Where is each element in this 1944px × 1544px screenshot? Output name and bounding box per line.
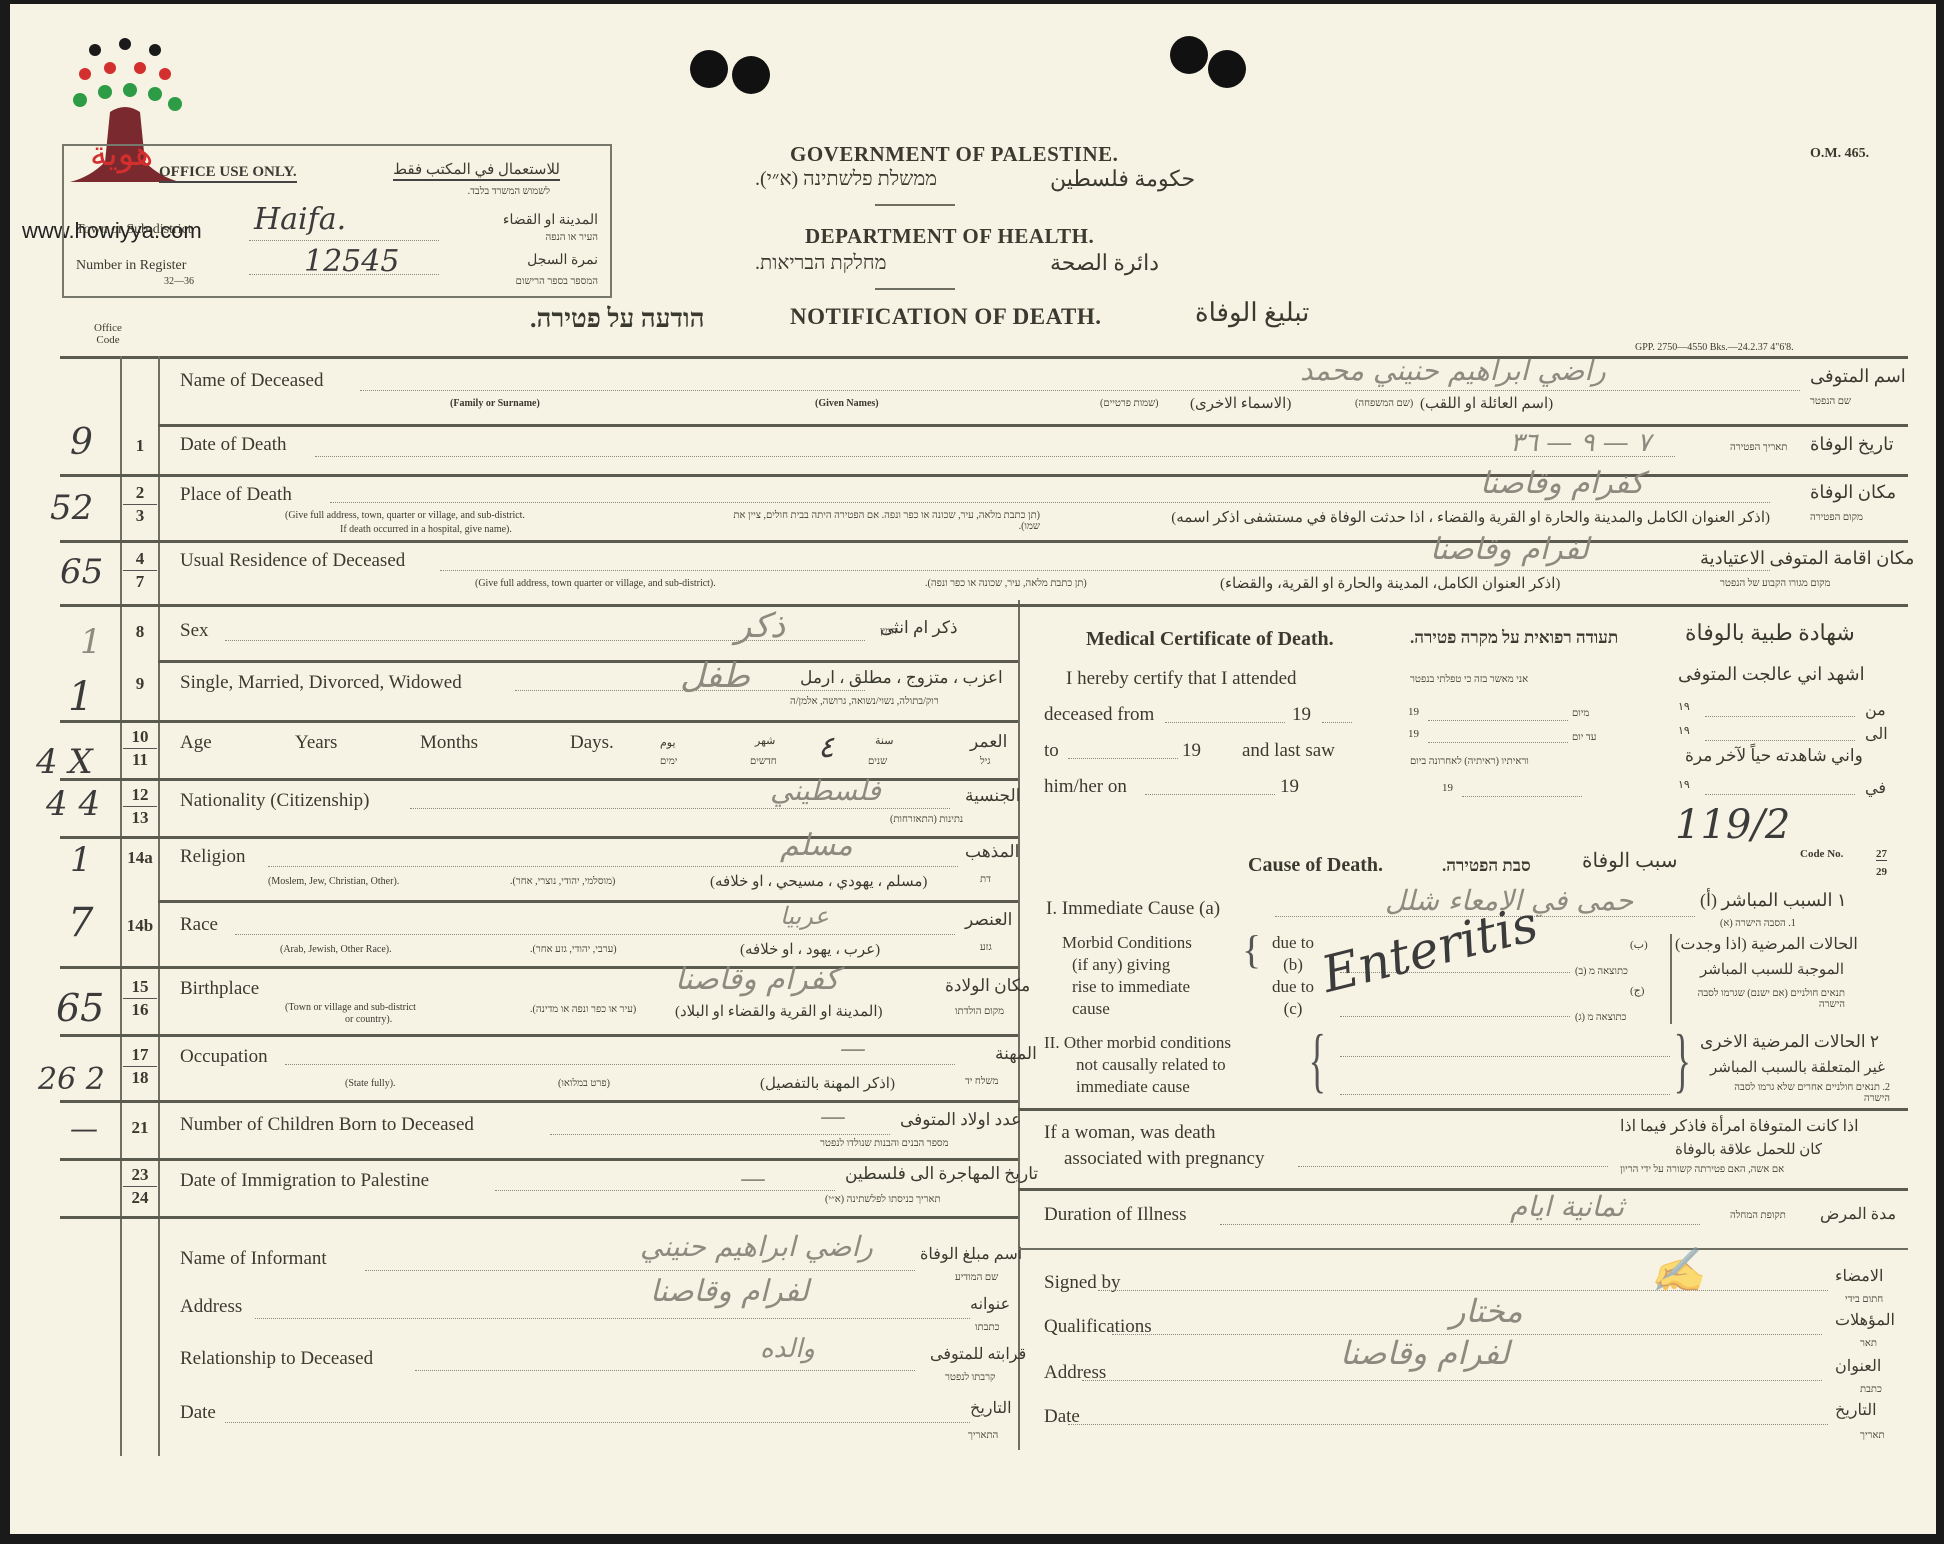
document-title-he: הודעה על פטירה. (530, 304, 705, 334)
place-of-death-ar: مكان الوفاة (1810, 482, 1896, 503)
brace: } (1674, 1024, 1691, 1096)
margin-code: 4 4 (46, 784, 100, 824)
informant-name-label: Name of Informant (180, 1248, 327, 1270)
place-of-death-hint2: If death occurred in a hospital, give na… (340, 524, 512, 535)
usual-residence-value[interactable]: لفرام وقاصنا (1430, 532, 1589, 567)
children-count-label: Number of Children Born to Deceased (180, 1114, 474, 1136)
stamp-number: 119/2 (1675, 802, 1790, 848)
pregnancy-label2: associated with pregnancy (1064, 1148, 1264, 1170)
medical-certificate-title: Medical Certificate of Death. (1086, 628, 1334, 651)
year-prefix-ar: ١٩ (1678, 778, 1690, 791)
nationality-he: נתינות (התאזרחות) (890, 814, 963, 825)
form-number: O.M. 465. (1810, 146, 1869, 162)
office-use-title: OFFICE USE ONLY. (159, 164, 297, 183)
birthplace-hint: (Town or village and sub-district (285, 1002, 416, 1013)
pregnancy-label: If a woman, was death (1044, 1122, 1215, 1144)
margin-code: 1 (80, 622, 102, 662)
signer-address-he: כתבת (1860, 1384, 1882, 1395)
year-prefix-ar: ١٩ (1678, 724, 1690, 737)
nationality-value[interactable]: فلسطيني (770, 774, 881, 807)
due-to-b: due to (b) due to (c) (1272, 932, 1314, 1020)
pregnancy-he: אם אשה, האם פטירתה קשורה על ידי הריון (1620, 1164, 1784, 1175)
marital-status-he: רוק/בתולה, נשוי/נשואה, גרושה, אלמן/ה (790, 696, 939, 707)
name-label-ar: اسم المتوفى (1810, 366, 1906, 387)
place-of-death-label: Place of Death (180, 484, 292, 506)
religion-label: Religion (180, 846, 245, 868)
last-saw-label: and last saw (1242, 740, 1335, 762)
register-sub: 32—36 (164, 276, 194, 287)
year-prefix-he: 19 (1408, 728, 1419, 740)
children-count-ar: عدد اولاد المتوفى (900, 1110, 1021, 1130)
year-prefix-he: 19 (1408, 706, 1419, 718)
age-label-he: גיל (980, 756, 991, 767)
informant-name-ar: اسم مبلغ الوفاة (920, 1244, 1022, 1264)
informant-address-ar: عنوانه (970, 1294, 1010, 1314)
relationship-label: Relationship to Deceased (180, 1348, 373, 1370)
religion-hint-he: (מוסלמי, יהודי, נוצרי, אחר). (510, 876, 615, 887)
relationship-value[interactable]: والده (760, 1334, 815, 1364)
morbid-line: (if any) giving (1062, 954, 1192, 976)
informant-address-value[interactable]: لفرام وقاصنا (650, 1274, 809, 1309)
year-prefix: 19 (1280, 776, 1299, 798)
occupation-hint-he: (פרט במלואו) (558, 1078, 610, 1089)
usual-residence-hint: (Give full address, town quarter or vill… (475, 578, 716, 589)
religion-ar: المذهب (965, 842, 1019, 862)
row-number: 47 (123, 548, 157, 593)
certify-text-ar: اشهد اني عالجت المتوفى (1678, 664, 1865, 685)
document-title-ar: تبليغ الوفاة (1195, 298, 1309, 328)
other-morbid-ar2: غير المتعلقة بالسبب المباشر (1710, 1058, 1885, 1077)
date-of-death-label: Date of Death (180, 434, 287, 456)
age-day-he: ימים (660, 756, 677, 767)
immediate-cause-ar: ١ السبب المباشر (أ) (1700, 890, 1847, 911)
place-of-death-value[interactable]: كفرام وقاصنا (1480, 466, 1644, 501)
morbid-line: Morbid Conditions (1062, 932, 1192, 954)
informant-name-value[interactable]: راضي ابراهيم حنيني (640, 1230, 873, 1263)
morbid-line: rise to immediate (1062, 976, 1192, 998)
margin-code: 65 (56, 986, 104, 1030)
town-value[interactable]: Haifa. (254, 202, 346, 237)
race-hint: (Arab, Jewish, Other Race). (280, 944, 392, 955)
register-label: Number in Register (76, 258, 186, 274)
signer-date-ar: التاريخ (1835, 1400, 1877, 1420)
margin-code: 1 (68, 674, 93, 720)
from-he: מיום (1572, 708, 1589, 719)
age-years-label: Years (295, 732, 337, 754)
informant-name-he: שם המודיע (955, 1272, 998, 1283)
age-months-value[interactable]: ٤ (818, 730, 834, 765)
certify-text: I hereby certify that I attended (1066, 668, 1297, 690)
immigration-date-ar: تاريخ المهاجرة الى فلسطين (845, 1164, 1038, 1184)
due-to-letter: (c) (1272, 998, 1314, 1020)
age-year-ar: سنة (875, 734, 893, 747)
year-prefix: 19 (1182, 740, 1201, 762)
marital-status-label: Single, Married, Divorced, Widowed (180, 672, 462, 694)
age-label: Age (180, 732, 212, 754)
last-seen-on-label: him/her on (1044, 776, 1127, 798)
row-number: 14a (123, 848, 157, 868)
children-count-value[interactable]: — (820, 1102, 846, 1132)
illness-duration-value[interactable]: ثمانية ايام (1510, 1190, 1624, 1223)
sex-label: Sex (180, 620, 209, 642)
signer-address-ar: العنوان (1835, 1356, 1881, 1376)
name-of-deceased-label: Name of Deceased (180, 370, 323, 392)
c-he: כתוצאה מ (ג) (1575, 1012, 1626, 1023)
punch-hole (1208, 50, 1246, 88)
row-number: 1011 (123, 726, 157, 771)
margin-code: — (70, 1112, 98, 1145)
name-label-he: שם הנפטר (1810, 396, 1851, 407)
row-number: 14b (123, 916, 157, 936)
race-ar: العنصر (965, 910, 1012, 930)
given-hint-he: (שמות פרטיים) (1100, 398, 1159, 409)
from-ar: من (1865, 700, 1886, 720)
informant-address-label: Address (180, 1296, 242, 1318)
margin-code: 9 (70, 422, 93, 463)
due-to-text: due to (1272, 976, 1314, 998)
on-ar: في (1865, 778, 1886, 798)
saw-he: וראיתיו (ראיתיה) לאחרונה ביום (1410, 756, 1529, 767)
deceased-name-value[interactable]: راضي ابراهيم حنيني محمد (1300, 354, 1606, 387)
age-months-label: Months (420, 732, 478, 754)
row-number: 9 (123, 674, 157, 694)
informant-date-ar: التاريخ (970, 1398, 1012, 1418)
children-count-he: מספר הבנים והבנות שנולדו לנפטר (820, 1138, 949, 1149)
nationality-label: Nationality (Citizenship) (180, 790, 369, 812)
birthplace-ar: مكان الولادة (945, 976, 1030, 996)
nationality-ar: الجنسية (965, 786, 1020, 806)
date-of-death-ar: تاريخ الوفاة (1810, 434, 1894, 455)
attended-to-label: to (1044, 740, 1059, 762)
usual-residence-he: מקום מגורו הקבוע של הנפטר (1720, 578, 1830, 589)
age-month-ar: شهر (755, 734, 775, 747)
row-number: 1516 (123, 976, 157, 1021)
department-title-he: מחלקת הבריאות. (755, 252, 886, 275)
row-number: 2324 (123, 1164, 157, 1209)
religion-value[interactable]: مسلم (780, 828, 853, 863)
religion-hint-ar: (مسلم ، يهودي ، مسيحي ، او خلافه) (710, 872, 927, 891)
informant-date-label: Date (180, 1402, 216, 1424)
race-value[interactable]: عربيا (780, 902, 829, 930)
age-days-label: Days. (570, 732, 614, 754)
other-morbid-label: II. Other morbid conditions not causally… (1044, 1032, 1231, 1098)
surname-hint: (Family or Surname) (450, 398, 540, 409)
office-use-box: OFFICE USE ONLY. للاستعمال في المكتب فقط… (62, 144, 612, 298)
row-number: 1 (123, 436, 157, 456)
race-hint-ar: (عرب ، يهود ، او خلافه) (740, 940, 880, 959)
saw-ar: واني شاهدته حياً لآخر مرة (1685, 746, 1863, 766)
age-month-he: חדשים (750, 756, 777, 767)
office-use-title-he: לשמוש המשרד בלבד. (468, 186, 550, 197)
immediate-cause-label: I. Immediate Cause (a) (1046, 898, 1220, 920)
religion-he: דת (980, 874, 991, 885)
register-label-he: המספר בספר הרישום (516, 276, 598, 287)
cause-of-death-title: Cause of Death. (1248, 854, 1383, 877)
pregnancy-ar2: كان للحمل علاقة بالوفاة (1675, 1140, 1822, 1159)
b-ar: (ب) (1630, 938, 1648, 951)
to-ar: الى (1865, 724, 1888, 744)
punch-hole (690, 50, 728, 88)
surname-hint-ar: (اسم العائلة او اللقب) (1420, 394, 1553, 413)
certify-text-he: אני מאשר בזה כי טפלתי בנפטר (1410, 674, 1528, 685)
signed-by-he: חתום בידי (1845, 1294, 1883, 1305)
qualifications-value[interactable]: مختار (1450, 1292, 1523, 1330)
row-number: 1718 (123, 1044, 157, 1089)
sex-value[interactable]: ذكر (735, 606, 785, 646)
usual-residence-ar: مكان اقامة المتوفى الاعتيادية (1700, 548, 1914, 569)
medical-certificate-title-ar: شهادة طبية بالوفاة (1685, 620, 1855, 646)
race-label: Race (180, 914, 218, 936)
town-label-he: העיר או הנפה (546, 232, 599, 243)
other-line: immediate cause (1044, 1076, 1231, 1098)
birthplace-hint-he: (עיר או כפר ונפה או מדינה). (530, 1004, 636, 1015)
medical-certificate-title-he: תעודה רפואית על מקרה פטירה. (1410, 628, 1618, 648)
punch-hole (1170, 36, 1208, 74)
age-year-he: שנים (868, 756, 887, 767)
illness-duration-he: תקופת המחלה (1730, 1210, 1786, 1221)
row-number: 8 (123, 622, 157, 642)
other-morbid-ar: ٢ الحالات المرضية الاخرى (1700, 1032, 1879, 1052)
signer-date-he: תאריך (1860, 1430, 1885, 1441)
c-ar: (ج) (1630, 984, 1644, 997)
race-he: גזע (980, 942, 992, 953)
place-of-death-hint-ar: (اذكر العنوان الكامل والمدينة والحارة او… (1050, 508, 1770, 527)
age-day-ar: يوم (660, 736, 676, 749)
office-code-label: Office Code (88, 322, 128, 346)
register-label-ar: نمرة السجل (527, 252, 598, 269)
department-title: DEPARTMENT OF HEALTH. (805, 224, 1094, 249)
marital-status-value[interactable]: طفل (680, 656, 750, 696)
signature-scribble-icon[interactable]: ✍ (1650, 1244, 1705, 1296)
document-title: NOTIFICATION OF DEATH. (790, 304, 1102, 330)
relationship-ar: قرابته للمتوفى (930, 1344, 1026, 1364)
margin-code: 4 X (36, 742, 93, 782)
code-number-bottom: 29 (1876, 866, 1887, 878)
given-hint-ar: (الاسماء الاخرى) (1190, 394, 1291, 413)
signed-by-ar: الامضاء (1835, 1266, 1883, 1286)
date-of-death-he: תאריך הפטירה (1730, 442, 1787, 453)
year-prefix-he: 19 (1442, 782, 1453, 794)
qualifications-he: תאר (1860, 1338, 1877, 1349)
other-morbid-he: 2. תנאים חולניים אחרים שלא גרמו לסבה היש… (1710, 1082, 1890, 1104)
office-use-title-ar: للاستعمال في المكتب فقط (393, 160, 560, 181)
pregnancy-ar: اذا كانت المتوفاة امرأة فاذكر فيما اذا (1620, 1116, 1859, 1136)
margin-code: 1 (70, 840, 92, 880)
morbid-he: תנאים חולניים (אם ישנם) שגרמו לסבה הישרה (1675, 988, 1845, 1010)
other-line: II. Other morbid conditions (1044, 1032, 1231, 1054)
occupation-he: משלח יד (965, 1076, 999, 1087)
town-label: Town or Sub-district (76, 222, 192, 238)
birthplace-label: Birthplace (180, 978, 259, 1000)
code-number-label: Code No. (1800, 848, 1843, 860)
signer-address-value[interactable]: لفرام وقاصنا (1340, 1334, 1510, 1372)
occupation-hint-ar: (اذكر المهنة بالتفصيل) (760, 1074, 895, 1093)
year-prefix-ar: ١٩ (1678, 700, 1690, 713)
informant-address-he: כתבתו (975, 1322, 999, 1333)
birthplace-he: מקום הולדתו (955, 1006, 1004, 1017)
place-of-death-hint-he: (תן כתבת מלאה, עיר, שכונה או כפר ונפה. א… (710, 510, 1040, 532)
age-label-ar: العمر (970, 732, 1007, 752)
immigration-date-label: Date of Immigration to Palestine (180, 1170, 429, 1192)
place-of-death-he: מקום הפטירה (1810, 512, 1863, 523)
date-of-death-value[interactable]: ٧ — ٩ — ٣٦ (1510, 428, 1651, 458)
birthplace-value[interactable]: كفرام وقاصنا (675, 962, 839, 997)
margin-code: 7 (68, 900, 93, 946)
occupation-ar: المهنة (995, 1044, 1037, 1064)
margin-code: 26 2 (38, 1062, 105, 1097)
morbid-ar: الحالات المرضية (اذا وجدت) (1675, 934, 1858, 954)
year-prefix: 19 (1292, 704, 1311, 726)
usual-residence-label: Usual Residence of Deceased (180, 550, 405, 572)
race-hint-he: (ערבי, יהודי, גזע אחר). (530, 944, 617, 955)
birthplace-hint-ar: (المدينة او القرية والقضاء او البلاد) (675, 1002, 883, 1021)
death-certificate-page: هوية www.howiyya.com OFFICE USE ONLY. لل… (10, 4, 1936, 1534)
print-info: GPP. 2750—4550 Bks.—24.2.37 4"6'8. (1635, 342, 1794, 353)
place-of-death-hint: (Give full address, town, quarter or vil… (285, 510, 525, 521)
sex-label-he: המין (880, 626, 897, 637)
cause-of-death-title-ar: سبب الوفاة (1582, 848, 1678, 873)
brace: { (1242, 930, 1261, 970)
usual-residence-hint-ar: (اذكر العنوان الكامل، المدينة والحارة او… (1220, 574, 1560, 593)
margin-code: 52 (50, 488, 93, 528)
marital-status-ar: اعزب ، متزوج ، مطلق ، ارمل (800, 668, 1003, 688)
government-title-ar: حكومة فلسطين (1050, 166, 1195, 192)
to-he: עד יום (1572, 732, 1596, 743)
given-names-hint: (Given Names) (815, 398, 879, 409)
surname-hint-he: (שם המשפחה) (1355, 398, 1413, 409)
illness-duration-ar: مدة المرض (1820, 1204, 1896, 1224)
qualifications-ar: المؤهلات (1835, 1310, 1895, 1330)
punch-hole (732, 56, 770, 94)
government-title: GOVERNMENT OF PALESTINE. (790, 142, 1118, 167)
relationship-he: קרבתו לנפטר (945, 1372, 995, 1383)
cause-of-death-title-he: סבת הפטירה. (1442, 856, 1531, 876)
occupation-label: Occupation (180, 1046, 268, 1068)
row-number: 23 (123, 482, 157, 527)
occupation-value[interactable]: — (840, 1034, 866, 1064)
government-title-he: ממשלת פלשתינה (א״י). (755, 168, 937, 191)
birthplace-hint2: or country). (345, 1014, 392, 1025)
row-number: 1213 (123, 784, 157, 829)
immediate-cause-he: 1. הסבה הישרה (א) (1720, 918, 1796, 929)
immigration-date-value[interactable]: — (740, 1164, 766, 1194)
usual-residence-hint-he: (תן כתבת מלאה, עיר, שכונה או כפר ונפה). (925, 578, 1087, 589)
brace: { (1309, 1024, 1326, 1096)
illness-duration-label: Duration of Illness (1044, 1204, 1186, 1226)
informant-date-he: התאריך (968, 1430, 998, 1441)
morbid-ar2: الموجبة للسبب المباشر (1700, 960, 1844, 979)
morbid-line: cause (1062, 998, 1192, 1020)
b-he: כתוצאה מ (ב) (1575, 966, 1628, 977)
occupation-hint: (State fully). (345, 1078, 396, 1089)
immigration-date-he: תאריך כניסתו לפלשתינה (א״י) (825, 1194, 941, 1205)
code-number-top: 27 (1876, 848, 1887, 861)
row-number: 21 (123, 1118, 157, 1138)
due-to-text: due to (1272, 932, 1314, 954)
attended-from-label: deceased from (1044, 704, 1154, 726)
department-title-ar: دائرة الصحة (1050, 250, 1159, 276)
margin-code: 65 (60, 552, 103, 592)
town-label-ar: المدينة او القضاء (503, 212, 598, 229)
other-line: not causally related to (1044, 1054, 1231, 1076)
religion-hint: (Moslem, Jew, Christian, Other). (268, 876, 399, 887)
morbid-conditions-label: Morbid Conditions (if any) giving rise t… (1062, 932, 1192, 1020)
due-to-letter: (b) (1272, 954, 1314, 976)
